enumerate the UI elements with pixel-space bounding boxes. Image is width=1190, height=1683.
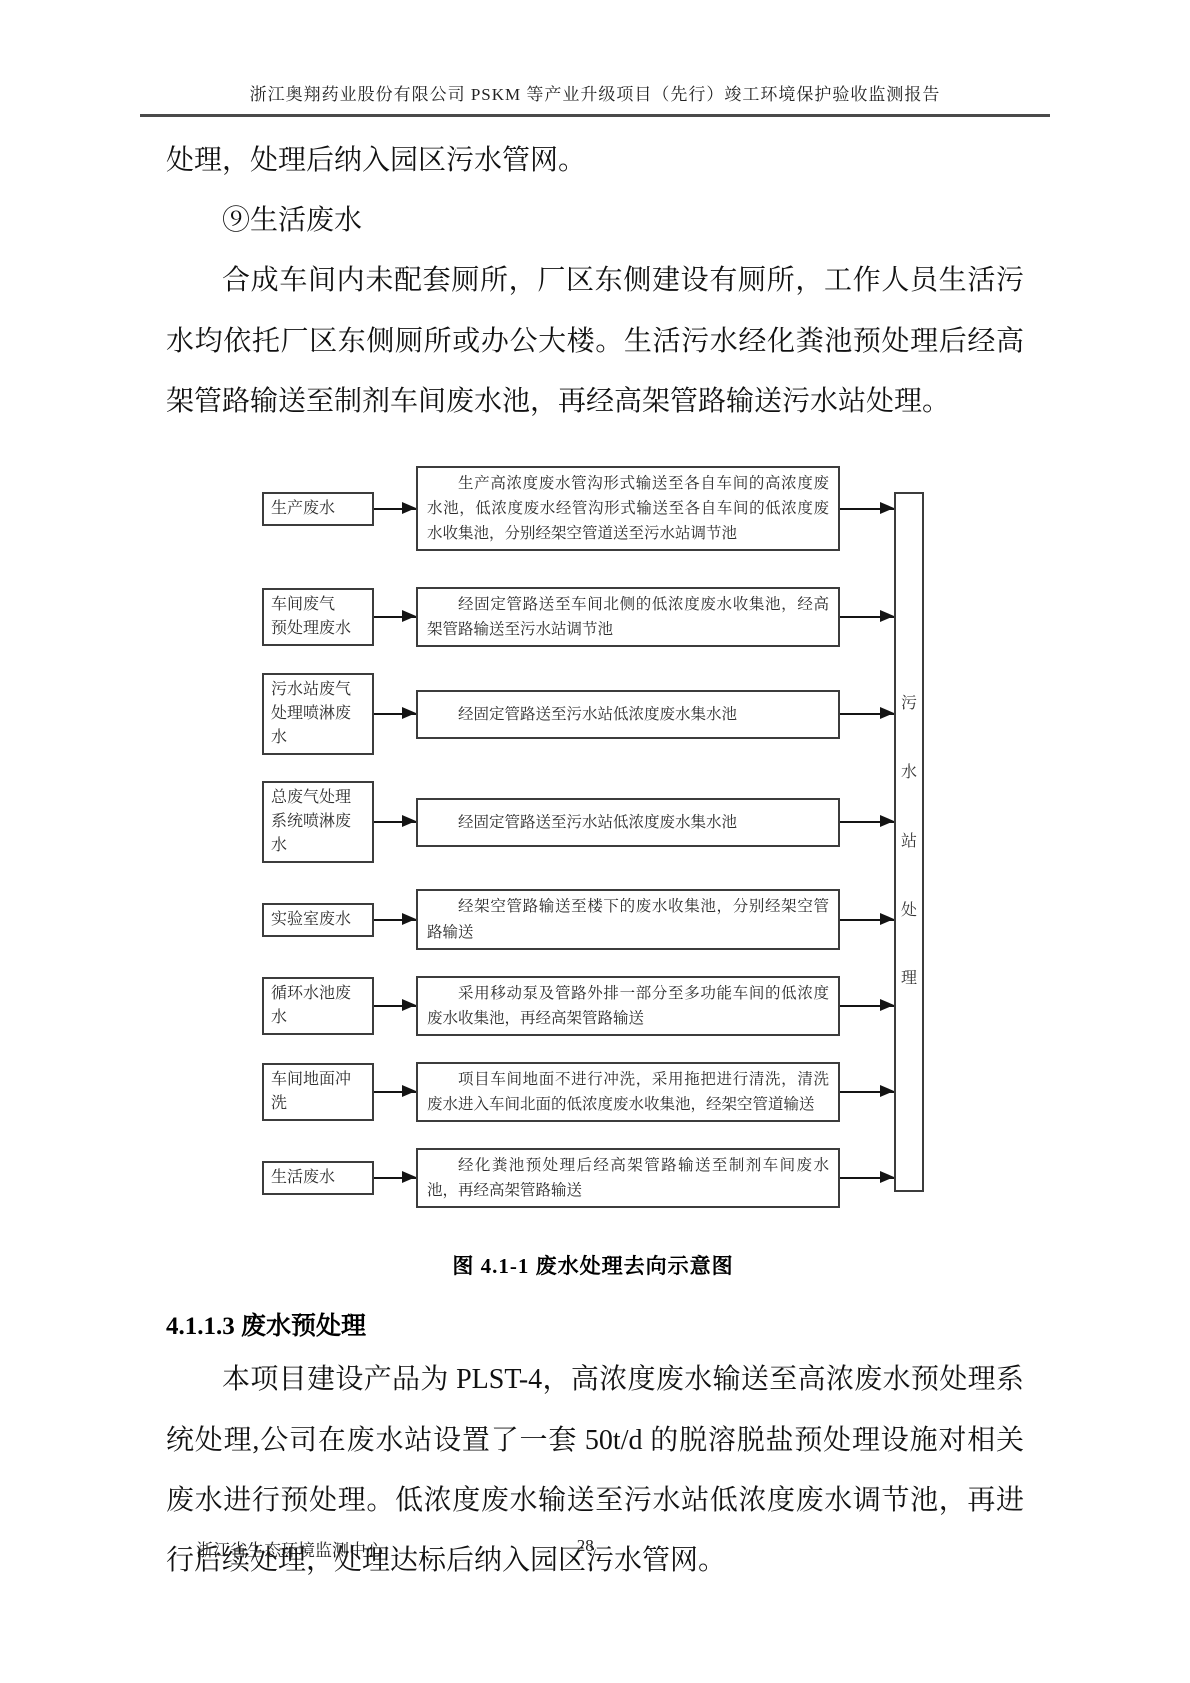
flow-row-sewage-station-spray: 污水站废气 处理喷淋废水 经固定管路送至污水站低浓度废水集水池 (262, 673, 894, 755)
arrow-right-icon (840, 919, 894, 921)
flow-source-box: 车间废气 预处理废水 (262, 588, 374, 646)
arrow-right-icon (374, 919, 416, 921)
arrow-right-icon (374, 821, 416, 823)
arrow-right-icon (840, 1005, 894, 1007)
page-footer: 浙江省生态环境监测中心 28 (140, 1536, 1050, 1561)
arrow-right-icon (840, 713, 894, 715)
flow-source-box: 生活废水 (262, 1161, 374, 1195)
flow-row-floor-washing: 车间地面冲洗 项目车间地面不进行冲洗，采用拖把进行清洗，清洗废水进入车间北面的低… (262, 1062, 894, 1122)
flow-desc-box: 经化粪池预处理后经高架管路输送至制剂车间废水池，再经高架管路输送 (416, 1148, 840, 1208)
wastewater-flow-diagram: 生产废水 生产高浓度废水管沟形式输送至各自车间的高浓度废水池，低浓度废水经管沟形… (262, 466, 924, 1280)
flow-desc-box: 经固定管路送至污水站低浓度废水集水池 (416, 798, 840, 847)
flow-desc-box: 经固定管路送至车间北侧的低浓度废水收集池，经高架管路输送至污水站调节池 (416, 587, 840, 647)
flow-row-production: 生产废水 生产高浓度废水管沟形式输送至各自车间的高浓度废水池，低浓度废水经管沟形… (262, 466, 894, 551)
flow-source-box: 循环水池废水 (262, 977, 374, 1035)
list-item-domestic-wastewater: ⑨生活废水 (166, 191, 1024, 251)
arrow-right-icon (840, 508, 894, 510)
arrow-right-icon (840, 616, 894, 618)
flow-row-total-exhaust-spray: 总废气处理 系统喷淋废水 经固定管路送至污水站低浓度废水集水池 (262, 781, 894, 863)
flow-source-box: 实验室废水 (262, 903, 374, 937)
flow-sink-box: 污水站处理 (894, 492, 924, 1192)
sink-label: 污水站处理 (901, 670, 918, 1014)
flow-desc-box: 项目车间地面不进行冲洗，采用拖把进行清洗，清洗废水进入车间北面的低浓度废水收集池… (416, 1062, 840, 1122)
figure-caption: 图 4.1-1 废水处理去向示意图 (262, 1250, 924, 1280)
arrow-right-icon (374, 713, 416, 715)
flow-row-laboratory: 实验室废水 经架空管路输送至楼下的废水收集池，分别经架空管路输送 (262, 889, 894, 949)
arrow-right-icon (374, 508, 416, 510)
flow-source-box: 总废气处理 系统喷淋废水 (262, 781, 374, 863)
arrow-right-icon (374, 1177, 416, 1179)
flow-grid: 生产废水 生产高浓度废水管沟形式输送至各自车间的高浓度废水池，低浓度废水经管沟形… (262, 466, 924, 1208)
flow-source-box: 生产废水 (262, 492, 374, 526)
arrow-right-icon (374, 616, 416, 618)
page-header: 浙江奥翔药业股份有限公司 PSKM 等产业升级项目（先行）竣工环境保护验收监测报… (140, 0, 1050, 117)
flow-desc-box: 生产高浓度废水管沟形式输送至各自车间的高浓度废水池，低浓度废水经管沟形式输送至各… (416, 466, 840, 551)
flow-desc-box: 经固定管路送至污水站低浓度废水集水池 (416, 690, 840, 739)
arrow-right-icon (840, 821, 894, 823)
flow-desc-box: 经架空管路输送至楼下的废水收集池，分别经架空管路输送 (416, 889, 840, 949)
arrow-right-icon (374, 1091, 416, 1093)
flow-rows: 生产废水 生产高浓度废水管沟形式输送至各自车间的高浓度废水池，低浓度废水经管沟形… (262, 466, 894, 1208)
arrow-right-icon (374, 1005, 416, 1007)
flow-row-domestic: 生活废水 经化粪池预处理后经高架管路输送至制剂车间废水池，再经高架管路输送 (262, 1148, 894, 1208)
page-content: 处理，处理后纳入园区污水管网。 ⑨生活废水 合成车间内未配套厕所，厂区东侧建设有… (166, 131, 1024, 1591)
paragraph-continuation: 处理，处理后纳入园区污水管网。 (166, 131, 1024, 191)
header-rule (140, 114, 1050, 117)
flow-row-workshop-exhaust: 车间废气 预处理废水 经固定管路送至车间北侧的低浓度废水收集池，经高架管路输送至… (262, 587, 894, 647)
header-title: 浙江奥翔药业股份有限公司 PSKM 等产业升级项目（先行）竣工环境保护验收监测报… (140, 0, 1050, 105)
paragraph-domestic-wastewater: 合成车间内未配套厕所，厂区东侧建设有厕所，工作人员生活污水均依托厂区东侧厕所或办… (166, 251, 1024, 432)
footer-organization: 浙江省生态环境监测中心 (196, 1541, 383, 1560)
arrow-right-icon (840, 1177, 894, 1179)
flow-source-box: 污水站废气 处理喷淋废水 (262, 673, 374, 755)
flow-row-circulating-pool: 循环水池废水 采用移动泵及管路外排一部分至多功能车间的低浓度废水收集池，再经高架… (262, 976, 894, 1036)
arrow-right-icon (840, 1091, 894, 1093)
flow-source-box: 车间地面冲洗 (262, 1063, 374, 1121)
page-number: 28 (577, 1536, 594, 1556)
section-heading: 4.1.1.3 废水预处理 (166, 1306, 1024, 1342)
flow-desc-box: 采用移动泵及管路外排一部分至多功能车间的低浓度废水收集池，再经高架管路输送 (416, 976, 840, 1036)
report-page: 浙江奥翔药业股份有限公司 PSKM 等产业升级项目（先行）竣工环境保护验收监测报… (0, 0, 1190, 1683)
